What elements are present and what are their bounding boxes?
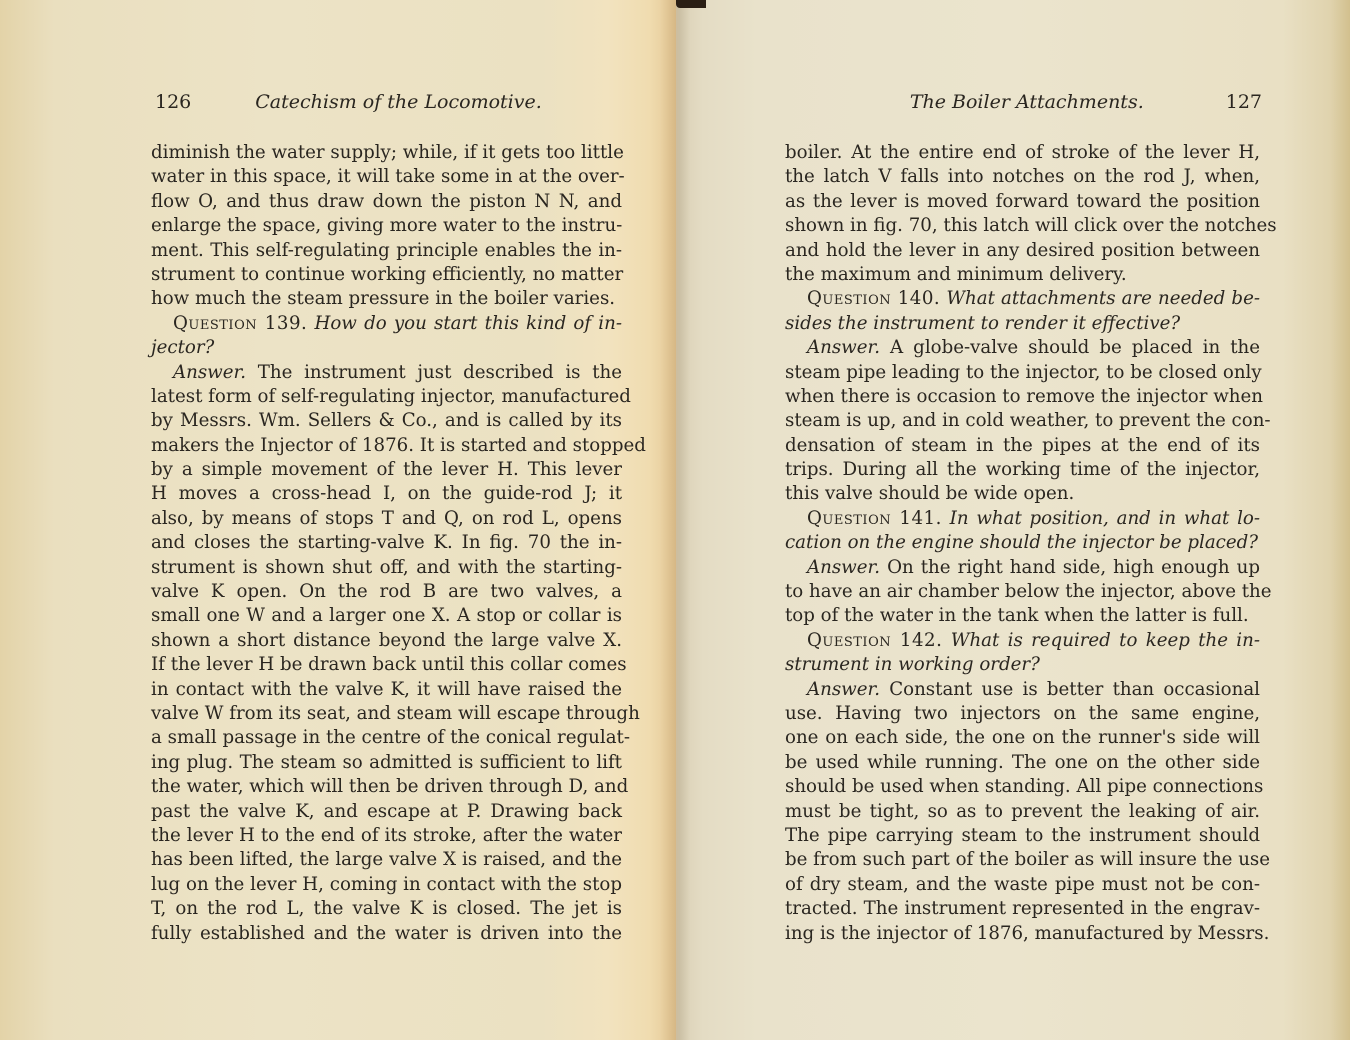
text-line: trips. During all the working time of th… (785, 458, 1260, 482)
body-text: when there is occasion to remove the inj… (785, 386, 1263, 407)
text-line: one on each side, the one on the runner'… (785, 726, 1260, 750)
book-spread: 126 Catechism of the Locomotive. diminis… (0, 0, 1350, 1040)
body-text: and closes the starting-valve K. In fig.… (151, 532, 622, 553)
body-text: top of the water in the tank when the la… (785, 605, 1249, 626)
question-line: Question 139. How do you start this kind… (151, 312, 622, 336)
body-text: shown in fig. 70, this latch will click … (785, 215, 1277, 236)
body-text: strument to continue working efficiently… (151, 264, 623, 285)
body-text: The instrument just described is the (258, 362, 622, 383)
question-label: Question 141. (807, 508, 942, 529)
body-text: ing is the injector of 1876, manufacture… (785, 923, 1269, 944)
text-line: fully established and the water is drive… (151, 922, 622, 946)
book-spine-edge (676, 0, 706, 8)
body-text: The pipe carrying steam to the instrumen… (785, 825, 1260, 846)
right-page: The Boiler Attachments. 127 boiler. At t… (676, 0, 1350, 1040)
question-line: Question 141. In what position, and in w… (785, 507, 1260, 531)
body-text: the water, which will then be driven thr… (151, 776, 628, 797)
running-title-right: The Boiler Attachments. (910, 91, 1144, 113)
body-text: a small passage in the centre of the con… (151, 727, 630, 748)
text-line: cation on the engine should the injector… (785, 531, 1260, 555)
answer-label: Answer. (173, 362, 246, 383)
text-line: flow O, and thus draw down the piston N … (151, 190, 622, 214)
answer-line: Answer. On the right hand side, high eno… (785, 556, 1260, 580)
text-line: top of the water in the tank when the la… (785, 604, 1260, 628)
text-line: jector? (151, 336, 622, 360)
body-text: shown a short distance beyond the large … (151, 630, 622, 651)
text-line: and closes the starting-valve K. In fig.… (151, 531, 622, 555)
body-text: lug on the lever H, coming in contact wi… (151, 874, 622, 895)
body-text: the latch V falls into notches on the ro… (785, 166, 1260, 187)
text-line: boiler. At the entire end of stroke of t… (785, 141, 1260, 165)
question-text: In what position, and in what lo- (950, 508, 1260, 529)
text-line: steam is up, and in cold weather, to pre… (785, 409, 1260, 433)
question-text: What attachments are needed be- (946, 288, 1260, 309)
body-text: flow O, and thus draw down the piston N … (151, 191, 622, 212)
text-line: diminish the water supply; while, if it … (151, 141, 622, 165)
body-text: how much the steam pressure in the boile… (151, 288, 615, 309)
text-line: when there is occasion to remove the inj… (785, 385, 1260, 409)
text-line: shown a short distance beyond the large … (151, 629, 622, 653)
body-text: the maximum and minimum delivery. (785, 264, 1127, 285)
answer-label: Answer. (807, 679, 880, 700)
text-line: the maximum and minimum delivery. (785, 263, 1260, 287)
body-text: this valve should be wide open. (785, 483, 1074, 504)
text-line: be used while running. The one on the ot… (785, 751, 1260, 775)
text-line: strument in working order? (785, 653, 1260, 677)
text-line: also, by means of stops T and Q, on rod … (151, 507, 622, 531)
text-line: how much the steam pressure in the boile… (151, 287, 622, 311)
page-number-right: 127 (1226, 91, 1262, 113)
right-page-body: boiler. At the entire end of stroke of t… (785, 141, 1260, 946)
text-line: valve K open. On the rod B are two valve… (151, 580, 622, 604)
question-text: How do you start this kind of in- (315, 313, 622, 334)
question-line: Question 140. What attachments are neede… (785, 287, 1260, 311)
body-text: densation of steam in the pipes at the e… (785, 435, 1260, 456)
page-number-left: 126 (155, 91, 191, 113)
body-text: the lever H to the end of its stroke, af… (151, 825, 622, 846)
body-text: be from such part of the boiler as will … (785, 849, 1270, 870)
body-text: small one W and a larger one X. A stop o… (151, 605, 622, 626)
body-text: Constant use is better than occasional (889, 679, 1260, 700)
answer-line: Answer. The instrument just described is… (151, 361, 622, 385)
text-line: The pipe carrying steam to the instrumen… (785, 824, 1260, 848)
text-line: be from such part of the boiler as will … (785, 848, 1260, 872)
text-line: the latch V falls into notches on the ro… (785, 165, 1260, 189)
body-text: steam pipe leading to the injector, to b… (785, 362, 1262, 383)
question-text: strument in working order? (785, 654, 1040, 675)
left-running-head: 126 Catechism of the Locomotive. (155, 91, 623, 121)
text-line: enlarge the space, giving more water to … (151, 214, 622, 238)
body-text: valve W from its seat, and steam will es… (151, 703, 640, 724)
text-line: this valve should be wide open. (785, 482, 1260, 506)
running-title-left: Catechism of the Locomotive. (255, 91, 542, 113)
text-line: by a simple movement of the lever H. Thi… (151, 458, 622, 482)
text-line: ing plug. The steam so admitted is suffi… (151, 751, 622, 775)
body-text: diminish the water supply; while, if it … (151, 142, 624, 163)
question-text: jector? (151, 337, 214, 358)
text-line: should be used when standing. All pipe c… (785, 775, 1260, 799)
text-line: strument to continue working efficiently… (151, 263, 622, 287)
body-text: H moves a cross-head I, on the guide-rod… (151, 483, 622, 504)
body-text: use. Having two injectors on the same en… (785, 703, 1260, 724)
text-line: by Messrs. Wm. Sellers & Co., and is cal… (151, 409, 622, 433)
question-text: cation on the engine should the injector… (785, 532, 1258, 553)
body-text: to have an air chamber below the injecto… (785, 581, 1272, 602)
text-line: T, on the rod L, the valve K is closed. … (151, 897, 622, 921)
body-text: enlarge the space, giving more water to … (151, 215, 622, 236)
body-text: makers the Injector of 1876. It is start… (151, 435, 646, 456)
body-text: latest form of self-regulating injector,… (151, 386, 631, 407)
body-text: water in this space, it will take some i… (151, 166, 625, 187)
body-text: If the lever H be drawn back until this … (151, 654, 627, 675)
body-text: also, by means of stops T and Q, on rod … (151, 508, 622, 529)
answer-label: Answer. (807, 557, 880, 578)
body-text: be used while running. The one on the ot… (785, 752, 1260, 773)
text-line: small one W and a larger one X. A stop o… (151, 604, 622, 628)
text-line: water in this space, it will take some i… (151, 165, 622, 189)
text-line: sides the instrument to render it effect… (785, 312, 1260, 336)
text-line: has been lifted, the large valve X is ra… (151, 848, 622, 872)
body-text: valve K open. On the rod B are two valve… (151, 581, 622, 602)
question-text: What is required to keep the in- (951, 630, 1260, 651)
body-text: A globe-valve should be placed in the (890, 337, 1260, 358)
text-line: the lever H to the end of its stroke, af… (151, 824, 622, 848)
body-text: tracted. The instrument represented in t… (785, 898, 1260, 919)
body-text: fully established and the water is drive… (151, 923, 622, 944)
text-line: H moves a cross-head I, on the guide-rod… (151, 482, 622, 506)
answer-line: Answer. A globe-valve should be placed i… (785, 336, 1260, 360)
text-line: shown in fig. 70, this latch will click … (785, 214, 1260, 238)
text-line: densation of steam in the pipes at the e… (785, 434, 1260, 458)
right-running-head: The Boiler Attachments. 127 (790, 91, 1262, 121)
text-line: a small passage in the centre of the con… (151, 726, 622, 750)
body-text: one on each side, the one on the runner'… (785, 727, 1260, 748)
text-line: valve W from its seat, and steam will es… (151, 702, 622, 726)
text-line: latest form of self-regulating injector,… (151, 385, 622, 409)
text-line: past the valve K, and escape at P. Drawi… (151, 800, 622, 824)
body-text: must be tight, so as to prevent the leak… (785, 801, 1260, 822)
question-label: Question 140. (807, 288, 940, 309)
body-text: in contact with the valve K, it will hav… (151, 679, 622, 700)
body-text: by Messrs. Wm. Sellers & Co., and is cal… (151, 410, 622, 431)
text-line: steam pipe leading to the injector, to b… (785, 361, 1260, 385)
body-text: has been lifted, the large valve X is ra… (151, 849, 622, 870)
text-line: ment. This self-regulating principle ena… (151, 239, 622, 263)
body-text: boiler. At the entire end of stroke of t… (785, 142, 1260, 163)
body-text: and hold the lever in any desired positi… (785, 240, 1260, 261)
body-text: ment. This self-regulating principle ena… (151, 240, 622, 261)
body-text: On the right hand side, high enough up (887, 557, 1260, 578)
answer-line: Answer. Constant use is better than occa… (785, 678, 1260, 702)
body-text: should be used when standing. All pipe c… (785, 776, 1263, 797)
text-line: as the lever is moved forward toward the… (785, 190, 1260, 214)
text-line: tracted. The instrument represented in t… (785, 897, 1260, 921)
text-line: the water, which will then be driven thr… (151, 775, 622, 799)
answer-label: Answer. (807, 337, 880, 358)
left-page: 126 Catechism of the Locomotive. diminis… (0, 0, 676, 1040)
body-text: strument is shown shut off, and with the… (151, 557, 622, 578)
body-text: T, on the rod L, the valve K is closed. … (151, 898, 622, 919)
body-text: past the valve K, and escape at P. Drawi… (151, 801, 622, 822)
body-text: as the lever is moved forward toward the… (785, 191, 1260, 212)
text-line: makers the Injector of 1876. It is start… (151, 434, 622, 458)
body-text: trips. During all the working time of th… (785, 459, 1260, 480)
question-line: Question 142. What is required to keep t… (785, 629, 1260, 653)
body-text: steam is up, and in cold weather, to pre… (785, 410, 1271, 431)
text-line: If the lever H be drawn back until this … (151, 653, 622, 677)
book-gutter (660, 0, 690, 1040)
text-line: ing is the injector of 1876, manufacture… (785, 922, 1260, 946)
text-line: strument is shown shut off, and with the… (151, 556, 622, 580)
text-line: in contact with the valve K, it will hav… (151, 678, 622, 702)
text-line: and hold the lever in any desired positi… (785, 239, 1260, 263)
left-page-body: diminish the water supply; while, if it … (151, 141, 622, 946)
text-line: use. Having two injectors on the same en… (785, 702, 1260, 726)
text-line: must be tight, so as to prevent the leak… (785, 800, 1260, 824)
text-line: lug on the lever H, coming in contact wi… (151, 873, 622, 897)
question-text: sides the instrument to render it effect… (785, 313, 1180, 334)
body-text: of dry steam, and the waste pipe must no… (785, 874, 1260, 895)
question-label: Question 139. (173, 313, 307, 334)
text-line: to have an air chamber below the injecto… (785, 580, 1260, 604)
text-line: of dry steam, and the waste pipe must no… (785, 873, 1260, 897)
body-text: by a simple movement of the lever H. Thi… (151, 459, 622, 480)
body-text: ing plug. The steam so admitted is suffi… (151, 752, 622, 773)
question-label: Question 142. (807, 630, 942, 651)
